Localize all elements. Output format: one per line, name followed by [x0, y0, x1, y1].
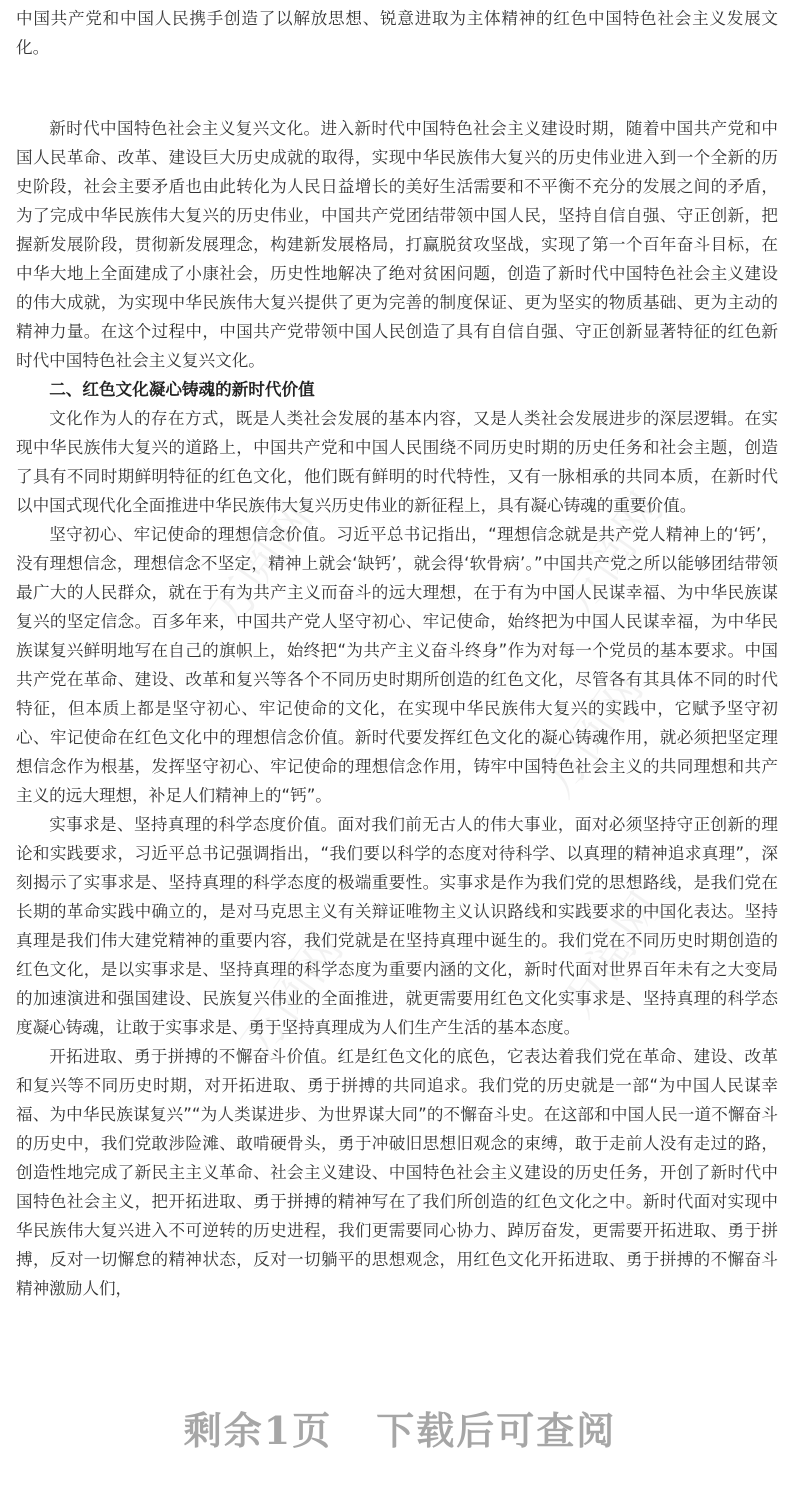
paragraph: 新时代中国特色社会主义复兴文化。进入新时代中国特色社会主义建设时期，随着中国共产…: [16, 114, 778, 375]
download-prompt-banner[interactable]: 剩余1页下载后可查阅: [0, 1400, 800, 1455]
download-to-view-label: 下载后可查阅: [376, 1408, 616, 1453]
paragraph-gap: [16, 62, 778, 114]
remaining-pages-label: 剩余1页: [184, 1408, 332, 1453]
paragraph: 开拓进取、勇于拼搏的不懈奋斗价值。红是红色文化的底色，它表达着我们党在革命、建设…: [16, 1042, 778, 1303]
intro-line: 中国共产党和中国人民携手创造了以解放思想、锐意进取为主体精神的红色中国特色社会主…: [16, 4, 778, 62]
paragraph: 文化作为人的存在方式，既是人类社会发展的基本内容，又是人类社会发展进步的深层逻辑…: [16, 404, 778, 520]
paragraph: 坚守初心、牢记使命的理想信念价值。习近平总书记指出，“理想信念就是共产党人精神上…: [16, 520, 778, 810]
paragraph: 实事求是、坚持真理的科学态度价值。面对我们前无古人的伟大事业，面对必须坚持守正创…: [16, 810, 778, 1042]
document-body: 中国共产党和中国人民携手创造了以解放思想、锐意进取为主体精神的红色中国特色社会主…: [16, 4, 778, 1303]
section-heading: 二、红色文化凝心铸魂的新时代价值: [16, 375, 778, 404]
